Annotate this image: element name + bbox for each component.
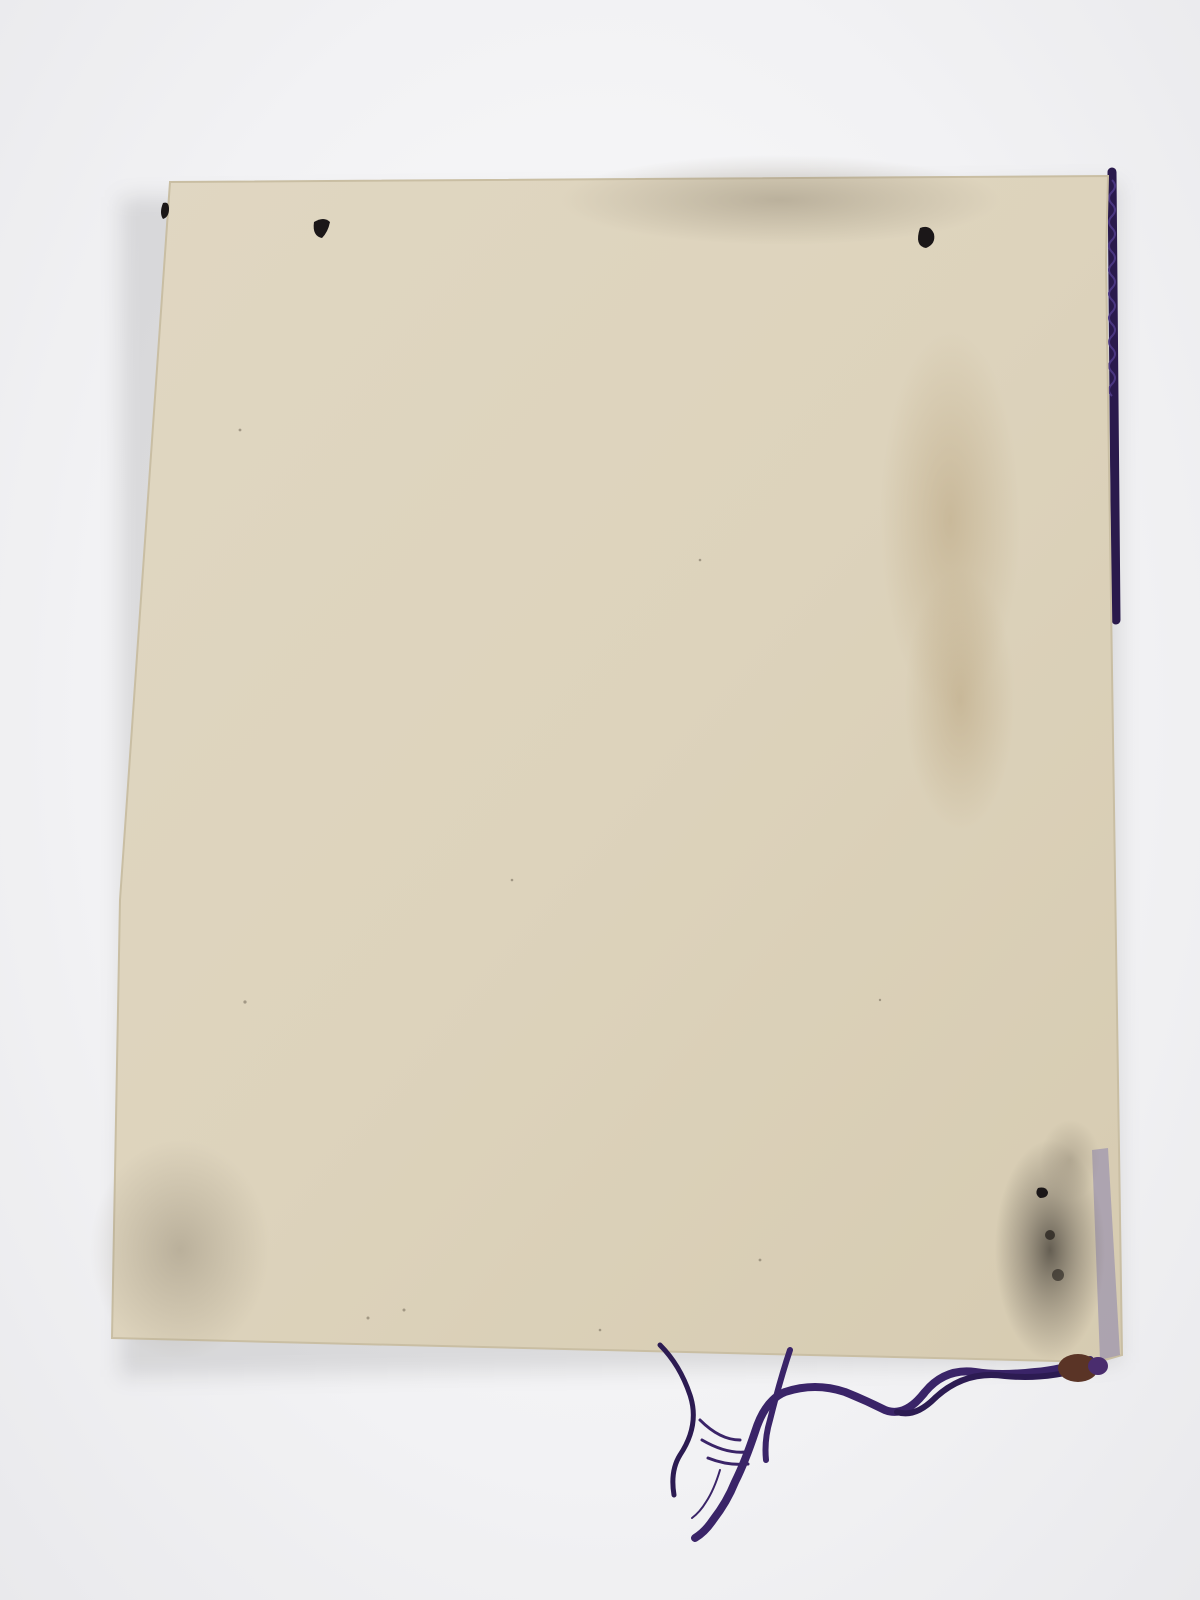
top-grime [560, 155, 1000, 245]
tassel-cord [660, 1345, 1090, 1538]
booklet-photo [0, 0, 1200, 1600]
corner-grime [90, 1140, 270, 1360]
booklet [0, 0, 1200, 1600]
